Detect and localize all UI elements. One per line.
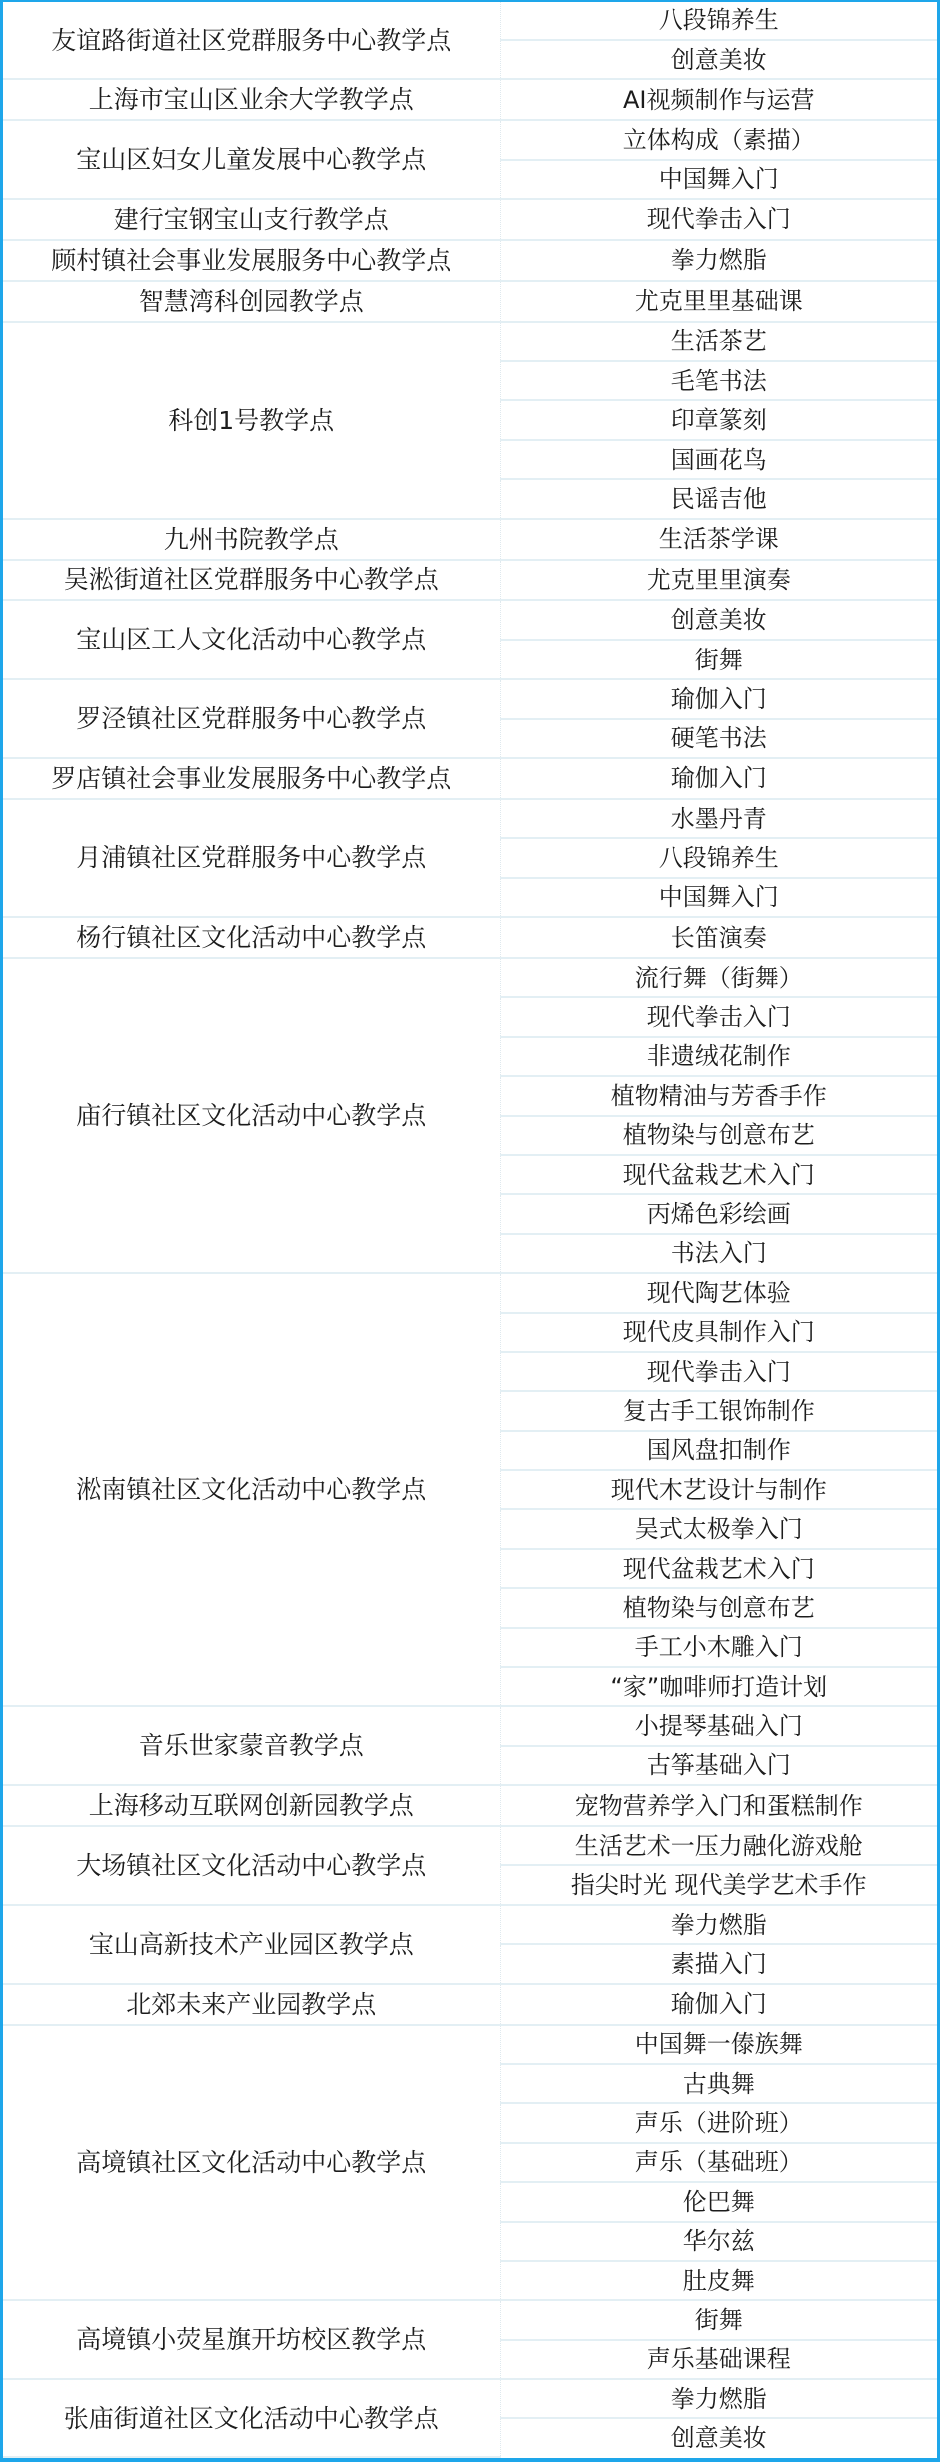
course-name-cell: 声乐（进阶班） xyxy=(500,2103,937,2142)
site-name-cell: 高境镇社区文化活动中心教学点 xyxy=(3,2025,500,2301)
course-name-cell: 民谣吉他 xyxy=(500,479,937,518)
course-name-cell: 硬笔书法 xyxy=(500,719,937,758)
table-row: 宝山区妇女儿童发展中心教学点立体构成（素描） xyxy=(3,120,937,159)
course-name-cell: 肚皮舞 xyxy=(500,2261,937,2300)
site-name-cell: 吴淞街道社区党群服务中心教学点 xyxy=(3,560,500,601)
site-name-cell: 宝山区工人文化活动中心教学点 xyxy=(3,600,500,679)
table-row: 九州书院教学点生活茶学课 xyxy=(3,519,937,560)
course-name-cell: 流行舞（街舞） xyxy=(500,958,937,997)
course-name-cell: 植物染与创意布艺 xyxy=(500,1116,937,1155)
site-name-cell: 科创1号教学点 xyxy=(3,322,500,519)
course-name-cell: 瑜伽入门 xyxy=(500,679,937,718)
course-name-cell: 宠物营养学入门和蛋糕制作 xyxy=(500,1785,937,1826)
table-row: 大场镇社区文化活动中心教学点生活艺术一压力融化游戏舱 xyxy=(3,1826,937,1865)
site-name-cell: 大场镇社区文化活动中心教学点 xyxy=(3,1826,500,1905)
site-name-cell: 庙行镇社区文化活动中心教学点 xyxy=(3,958,500,1273)
course-name-cell: 瑜伽入门 xyxy=(500,758,937,799)
course-name-cell: 立体构成（素描） xyxy=(500,120,937,159)
course-name-cell: 声乐基础课程 xyxy=(500,2340,937,2379)
course-name-cell: 瑜伽入门 xyxy=(500,1984,937,2025)
table-row: 顾村镇社会事业发展服务中心教学点拳力燃脂 xyxy=(3,240,937,281)
site-name-cell: 音乐世家蒙音教学点 xyxy=(3,1706,500,1785)
course-name-cell: 现代盆栽艺术入门 xyxy=(500,1155,937,1194)
course-name-cell: 指尖时光 现代美学艺术手作 xyxy=(500,1865,937,1904)
course-name-cell: 书法入门 xyxy=(500,1234,937,1273)
site-name-cell: 月浦镇社区党群服务中心教学点 xyxy=(3,799,500,917)
table-row: 淞南镇社区文化活动中心教学点现代陶艺体验 xyxy=(3,1273,937,1312)
site-name-cell: 高境镇小荧星旗开坊校区教学点 xyxy=(3,2300,500,2379)
course-name-cell: 声乐（基础班） xyxy=(500,2143,937,2182)
course-name-cell: 现代拳击入门 xyxy=(500,199,937,240)
course-name-cell: 八段锦养生 xyxy=(500,838,937,877)
course-name-cell: 现代盆栽艺术入门 xyxy=(500,1549,937,1588)
course-name-cell: 八段锦养生 xyxy=(500,2,937,40)
table-row: 月浦镇社区党群服务中心教学点水墨丹青 xyxy=(3,799,937,838)
site-name-cell: 上海市宝山区业余大学教学点 xyxy=(3,79,500,120)
course-name-cell: 创意美妆 xyxy=(500,40,937,79)
course-name-cell: 创意美妆 xyxy=(500,2418,937,2457)
table-row: 杨行镇社区文化活动中心教学点长笛演奏 xyxy=(3,917,937,958)
site-name-cell: 九州书院教学点 xyxy=(3,519,500,560)
course-name-cell: “家”咖啡师打造计划 xyxy=(500,1667,937,1706)
site-name-cell: 上海移动互联网创新园教学点 xyxy=(3,1785,500,1826)
course-name-cell: 尤克里里演奏 xyxy=(500,560,937,601)
course-name-cell: 国画花鸟 xyxy=(500,440,937,479)
course-name-cell: 毛笔书法 xyxy=(500,361,937,400)
course-name-cell: 伦巴舞 xyxy=(500,2182,937,2221)
site-name-cell: 宝山高新技术产业园区教学点 xyxy=(3,1905,500,1984)
course-name-cell: 植物染与创意布艺 xyxy=(500,1588,937,1627)
schedule-body: 友谊路街道社区党群服务中心教学点八段锦养生创意美妆上海市宝山区业余大学教学点AI… xyxy=(3,2,937,2457)
course-name-cell: 现代木艺设计与制作 xyxy=(500,1470,937,1509)
course-name-cell: 现代皮具制作入门 xyxy=(500,1313,937,1352)
table-row: 罗店镇社会事业发展服务中心教学点瑜伽入门 xyxy=(3,758,937,799)
course-name-cell: 生活艺术一压力融化游戏舱 xyxy=(500,1826,937,1865)
table-row: 宝山区工人文化活动中心教学点创意美妆 xyxy=(3,600,937,639)
site-name-cell: 杨行镇社区文化活动中心教学点 xyxy=(3,917,500,958)
course-name-cell: 古筝基础入门 xyxy=(500,1746,937,1785)
course-name-cell: 现代陶艺体验 xyxy=(500,1273,937,1312)
table-row: 友谊路街道社区党群服务中心教学点八段锦养生 xyxy=(3,2,937,40)
table-row: 建行宝钢宝山支行教学点现代拳击入门 xyxy=(3,199,937,240)
site-name-cell: 建行宝钢宝山支行教学点 xyxy=(3,199,500,240)
course-name-cell: 生活茶艺 xyxy=(500,322,937,361)
site-name-cell: 智慧湾科创园教学点 xyxy=(3,281,500,322)
course-name-cell: 小提琴基础入门 xyxy=(500,1706,937,1745)
site-name-cell: 淞南镇社区文化活动中心教学点 xyxy=(3,1273,500,1706)
table-row: 张庙街道社区文化活动中心教学点拳力燃脂 xyxy=(3,2379,937,2418)
course-name-cell: 生活茶学课 xyxy=(500,519,937,560)
course-name-cell: 拳力燃脂 xyxy=(500,1905,937,1944)
course-name-cell: 素描入门 xyxy=(500,1944,937,1983)
table-row: 罗泾镇社区党群服务中心教学点瑜伽入门 xyxy=(3,679,937,718)
course-name-cell: 复古手工银饰制作 xyxy=(500,1391,937,1430)
course-name-cell: AI视频制作与运营 xyxy=(500,79,937,120)
course-name-cell: 现代拳击入门 xyxy=(500,1352,937,1391)
table-row: 上海市宝山区业余大学教学点AI视频制作与运营 xyxy=(3,79,937,120)
course-name-cell: 吴式太极拳入门 xyxy=(500,1509,937,1548)
course-name-cell: 街舞 xyxy=(500,640,937,679)
table-row: 高境镇小荧星旗开坊校区教学点街舞 xyxy=(3,2300,937,2339)
course-schedule-table: 友谊路街道社区党群服务中心教学点八段锦养生创意美妆上海市宝山区业余大学教学点AI… xyxy=(3,2,937,2458)
course-name-cell: 长笛演奏 xyxy=(500,917,937,958)
course-name-cell: 水墨丹青 xyxy=(500,799,937,838)
table-row: 庙行镇社区文化活动中心教学点流行舞（街舞） xyxy=(3,958,937,997)
course-name-cell: 现代拳击入门 xyxy=(500,997,937,1036)
table-row: 音乐世家蒙音教学点小提琴基础入门 xyxy=(3,1706,937,1745)
course-name-cell: 印章篆刻 xyxy=(500,400,937,439)
course-name-cell: 拳力燃脂 xyxy=(500,2379,937,2418)
course-name-cell: 丙烯色彩绘画 xyxy=(500,1194,937,1233)
course-name-cell: 拳力燃脂 xyxy=(500,240,937,281)
site-name-cell: 张庙街道社区文化活动中心教学点 xyxy=(3,2379,500,2457)
site-name-cell: 友谊路街道社区党群服务中心教学点 xyxy=(3,2,500,79)
table-row: 上海移动互联网创新园教学点宠物营养学入门和蛋糕制作 xyxy=(3,1785,937,1826)
course-name-cell: 中国舞入门 xyxy=(500,878,937,917)
course-name-cell: 创意美妆 xyxy=(500,600,937,639)
table-row: 科创1号教学点生活茶艺 xyxy=(3,322,937,361)
site-name-cell: 北郊未来产业园教学点 xyxy=(3,1984,500,2025)
course-name-cell: 国风盘扣制作 xyxy=(500,1431,937,1470)
site-name-cell: 宝山区妇女儿童发展中心教学点 xyxy=(3,120,500,199)
course-name-cell: 尤克里里基础课 xyxy=(500,281,937,322)
table-row: 智慧湾科创园教学点尤克里里基础课 xyxy=(3,281,937,322)
table-row: 吴淞街道社区党群服务中心教学点尤克里里演奏 xyxy=(3,560,937,601)
site-name-cell: 顾村镇社会事业发展服务中心教学点 xyxy=(3,240,500,281)
course-name-cell: 华尔兹 xyxy=(500,2222,937,2261)
course-name-cell: 中国舞入门 xyxy=(500,160,937,199)
site-name-cell: 罗店镇社会事业发展服务中心教学点 xyxy=(3,758,500,799)
course-schedule-frame: 友谊路街道社区党群服务中心教学点八段锦养生创意美妆上海市宝山区业余大学教学点AI… xyxy=(0,0,940,2462)
course-name-cell: 手工小木雕入门 xyxy=(500,1628,937,1667)
table-row: 高境镇社区文化活动中心教学点中国舞一傣族舞 xyxy=(3,2025,937,2064)
table-row: 宝山高新技术产业园区教学点拳力燃脂 xyxy=(3,1905,937,1944)
course-name-cell: 非遗绒花制作 xyxy=(500,1037,937,1076)
course-name-cell: 植物精油与芳香手作 xyxy=(500,1076,937,1115)
table-row: 北郊未来产业园教学点瑜伽入门 xyxy=(3,1984,937,2025)
course-name-cell: 古典舞 xyxy=(500,2064,937,2103)
site-name-cell: 罗泾镇社区党群服务中心教学点 xyxy=(3,679,500,758)
course-name-cell: 中国舞一傣族舞 xyxy=(500,2025,937,2064)
course-name-cell: 街舞 xyxy=(500,2300,937,2339)
